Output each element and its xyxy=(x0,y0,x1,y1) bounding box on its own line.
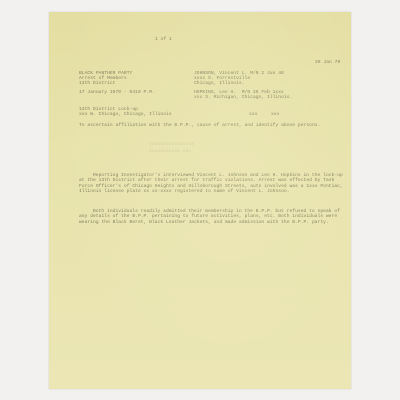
bleed-through-2: xxxxxxxxxxx xxx xyxy=(149,149,191,154)
paragraph-interview: Reporting Investigator's interviewed Vin… xyxy=(79,173,347,195)
location-code-1: xxx xyxy=(249,112,257,117)
document-date: 29 Jan 70 xyxy=(315,60,340,65)
paragraph-admission: Both individuals readily admitted their … xyxy=(79,209,347,225)
bleed-through-1: xxxxxxxxxxxxxxxx xyxy=(149,142,194,147)
page-indicator: 1 of 1 xyxy=(155,37,172,42)
purpose-statement: To ascertain affiliation with the B.P.P.… xyxy=(79,123,347,128)
document-page: 1 of 1 29 Jan 70 BLACK PANTHER PARTY Arr… xyxy=(49,12,351,389)
location-code-2: xxx xyxy=(271,112,279,117)
subject-2-address: xxx S. Michigan, Chicago, Illinois. xyxy=(194,95,292,100)
header-district: 13th District xyxy=(79,81,116,86)
subject-1-city: Chicago, Illinois. xyxy=(194,81,245,86)
location-line-2: xxx W. Chicago, Chicago, Illinois xyxy=(79,112,172,117)
arrest-datetime: 17 January 1970 - 0410 P.M. xyxy=(79,90,155,95)
